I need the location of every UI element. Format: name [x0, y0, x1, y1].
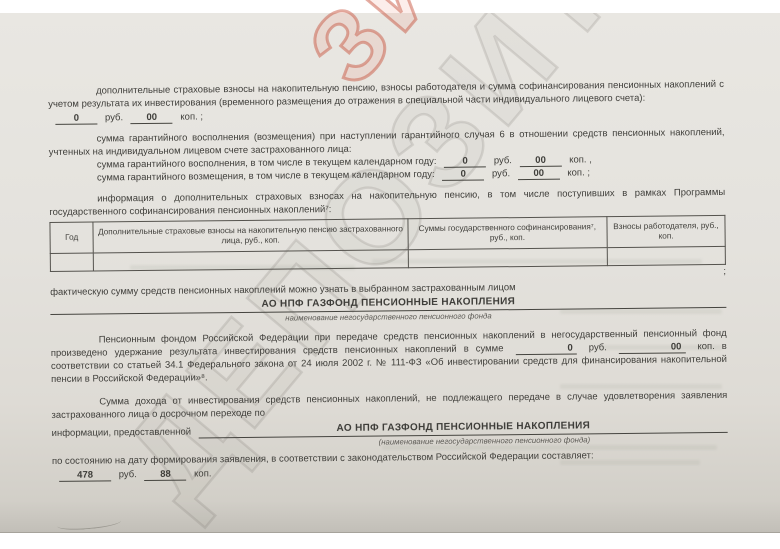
- rub-amount-field: 0: [444, 156, 486, 167]
- rub-label: руб.: [492, 168, 510, 179]
- kop-label: коп.: [194, 468, 211, 479]
- table-header-additional-contributions: Дополнительные страховые взносы на накоп…: [93, 219, 408, 253]
- rub-label: руб.: [589, 342, 607, 353]
- info-provided-by-label: информации, предоставленной: [52, 425, 200, 440]
- separator: ;: [587, 167, 590, 178]
- paragraph-investment-income: Сумма дохода от инвестирования средств п…: [51, 389, 727, 422]
- kop-label: коп.: [567, 167, 584, 178]
- table-header-employer-contributions: Взносы работодателя, руб., коп.: [607, 215, 725, 247]
- kop-amount-field: 00: [131, 113, 173, 124]
- kop-amount-field: 00: [520, 156, 562, 167]
- rub-amount-field: 0: [55, 113, 97, 124]
- paper-crease: [57, 515, 122, 532]
- document-page: ДЕПОЗИТ дополнительные страховые взносы …: [0, 13, 780, 533]
- kop-amount-field: 00: [619, 342, 686, 354]
- separator: ;: [200, 111, 203, 122]
- table-cell-empty: [408, 248, 607, 268]
- rub-amount-field: 478: [59, 470, 111, 482]
- rub-label: руб.: [494, 155, 512, 166]
- rub-label: руб.: [105, 112, 123, 123]
- line-label: сумма гарантийного возмещения, в том чис…: [97, 169, 435, 184]
- contributions-table: Год Дополнительные страховые взносы на н…: [49, 215, 725, 272]
- rub-amount-field: 0: [442, 169, 484, 180]
- document-text-block: дополнительные страховые взносы на накоп…: [48, 78, 728, 482]
- separator: ,: [589, 154, 592, 165]
- rub-amount-field: 0: [515, 343, 576, 355]
- rub-label: руб.: [119, 469, 137, 480]
- paragraph-pfr-withholding: Пенсионным фондом Российской Федерации п…: [51, 327, 728, 386]
- table-header-state-cofinancing: Суммы государственного софинансирования⁷…: [408, 217, 607, 250]
- table-cell-empty: [93, 250, 408, 271]
- table-header-year: Год: [50, 222, 94, 253]
- kop-amount-field: 00: [518, 169, 560, 180]
- photo-of-document: { "labels": { "rub": "руб.", "kop": "коп…: [0, 0, 780, 549]
- kop-amount-field: 88: [144, 470, 186, 481]
- kop-label: коп.: [180, 111, 197, 122]
- table-cell-empty: [50, 253, 93, 271]
- paragraph-cofinancing-info: информация о дополнительных страховых вз…: [49, 186, 725, 219]
- table-cell-empty: [607, 246, 725, 265]
- kop-label: коп.: [569, 154, 586, 165]
